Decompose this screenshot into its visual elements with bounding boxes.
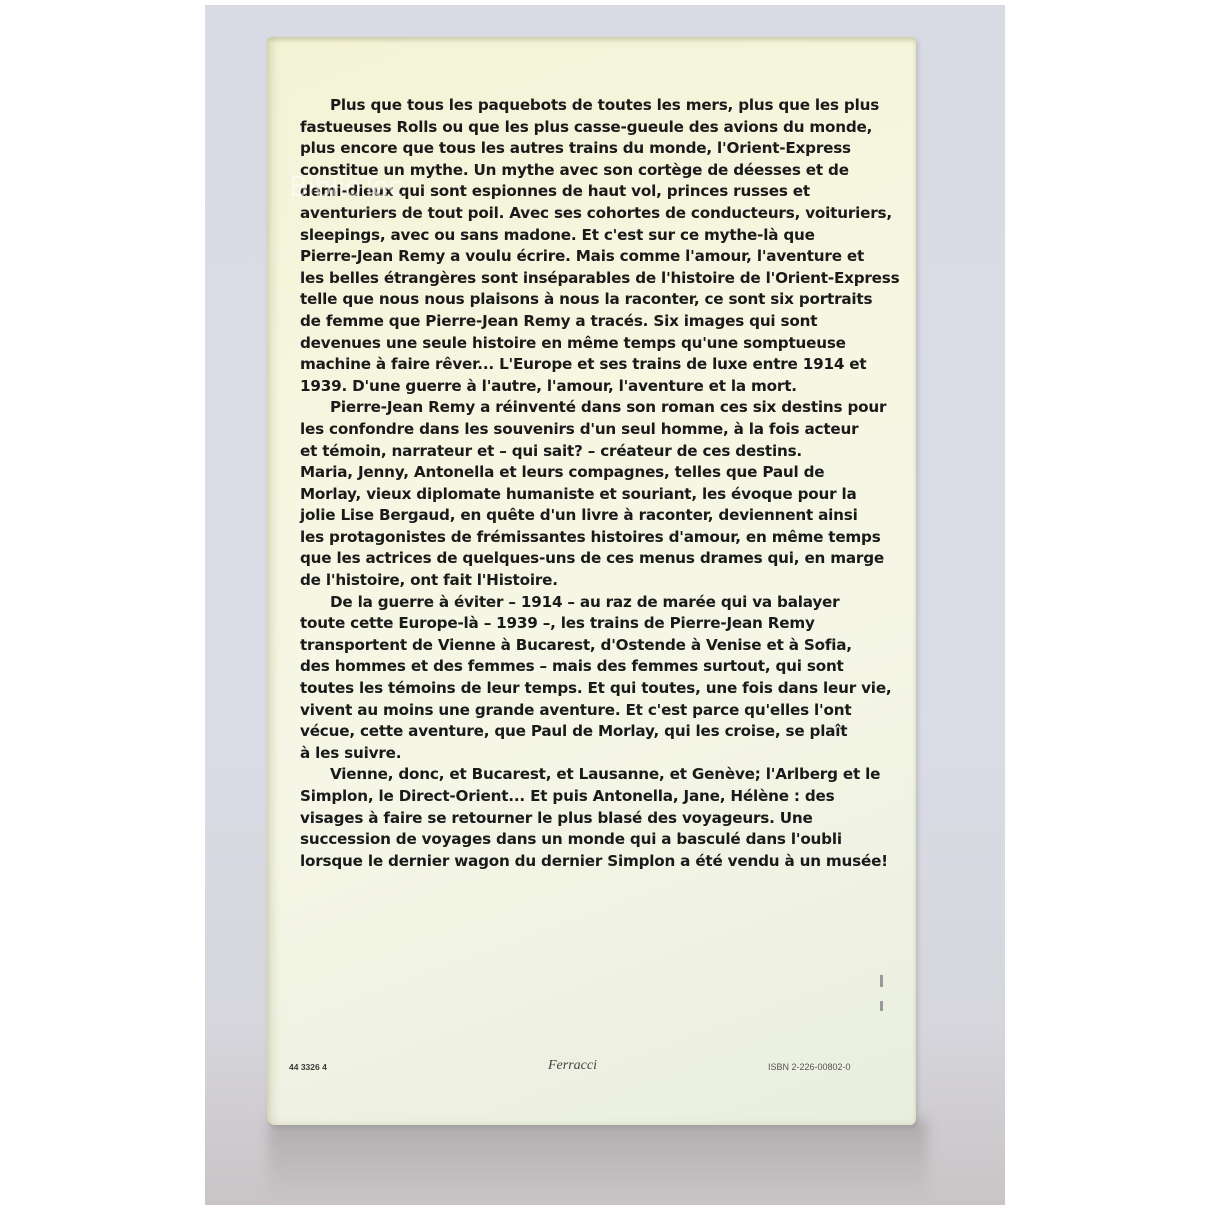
blurb-line: les belles étrangères sont inséparables …	[300, 268, 900, 290]
blurb-line: devenues une seule histoire en même temp…	[300, 333, 900, 355]
blurb-line: Pierre-Jean Remy a réinventé dans son ro…	[300, 397, 900, 419]
blurb-line: toutes les témoins de leur temps. Et qui…	[300, 678, 900, 700]
blurb-line: De la guerre à éviter – 1914 – au raz de…	[300, 592, 900, 614]
catalog-code: 44 3326 4	[289, 1062, 327, 1072]
blurb-line: Morlay, vieux diplomate humaniste et sou…	[300, 484, 900, 506]
watermark: BiblioTec	[289, 170, 402, 203]
blurb-line: Vienne, donc, et Bucarest, et Lausanne, …	[300, 764, 900, 786]
blurb-line: les confondre dans les souvenirs d'un se…	[300, 419, 900, 441]
book-shadow	[268, 1120, 928, 1200]
blurb-line: de l'histoire, ont fait l'Histoire.	[300, 570, 900, 592]
blurb-paragraph: Plus que tous les paquebots de toutes le…	[300, 95, 900, 397]
blurb-paragraph: De la guerre à éviter – 1914 – au raz de…	[300, 592, 900, 765]
blurb-line: que les actrices de quelques-uns de ces …	[300, 548, 900, 570]
blurb-paragraph: Vienne, donc, et Bucarest, et Lausanne, …	[300, 764, 900, 872]
back-cover-blurb: Plus que tous les paquebots de toutes le…	[300, 95, 900, 872]
blurb-line: de femme que Pierre-Jean Remy a tracés. …	[300, 311, 900, 333]
blurb-line: 1939. D'une guerre à l'autre, l'amour, l…	[300, 376, 900, 398]
blurb-line: aventuriers de tout poil. Avec ses cohor…	[300, 203, 900, 225]
blurb-line: telle que nous nous plaisons à nous la r…	[300, 289, 900, 311]
blurb-line: toute cette Europe-là – 1939 –, les trai…	[300, 613, 900, 635]
vertical-print-code	[880, 975, 883, 1025]
blurb-line: succession de voyages dans un monde qui …	[300, 829, 900, 851]
blurb-line: Plus que tous les paquebots de toutes le…	[300, 95, 900, 117]
blurb-line: lorsque le dernier wagon du dernier Simp…	[300, 851, 900, 873]
blurb-line: Pierre-Jean Remy a voulu écrire. Mais co…	[300, 246, 900, 268]
blurb-line: plus encore que tous les autres trains d…	[300, 138, 900, 160]
blurb-line: des hommes et des femmes – mais des femm…	[300, 656, 900, 678]
blurb-line: Maria, Jenny, Antonella et leurs compagn…	[300, 462, 900, 484]
blurb-paragraph: Pierre-Jean Remy a réinventé dans son ro…	[300, 397, 900, 591]
blurb-line: transportent de Vienne à Bucarest, d'Ost…	[300, 635, 900, 657]
blurb-line: jolie Lise Bergaud, en quête d'un livre …	[300, 505, 900, 527]
blurb-line: fastueuses Rolls ou que les plus casse-g…	[300, 117, 900, 139]
isbn: ISBN 2-226-00802-0	[768, 1062, 851, 1072]
blurb-line: sleepings, avec ou sans madone. Et c'est…	[300, 225, 900, 247]
blurb-line: machine à faire rêver... L'Europe et ses…	[300, 354, 900, 376]
blurb-line: visages à faire se retourner le plus bla…	[300, 808, 900, 830]
blurb-line: les protagonistes de frémissantes histoi…	[300, 527, 900, 549]
blurb-line: vivent au moins une grande aventure. Et …	[300, 700, 900, 722]
publisher-logo: Ferracci	[548, 1058, 597, 1074]
blurb-line: à les suivre.	[300, 743, 900, 765]
blurb-line: Simplon, le Direct-Orient... Et puis Ant…	[300, 786, 900, 808]
blurb-line: vécue, cette aventure, que Paul de Morla…	[300, 721, 900, 743]
blurb-line: et témoin, narrateur et – qui sait? – cr…	[300, 441, 900, 463]
